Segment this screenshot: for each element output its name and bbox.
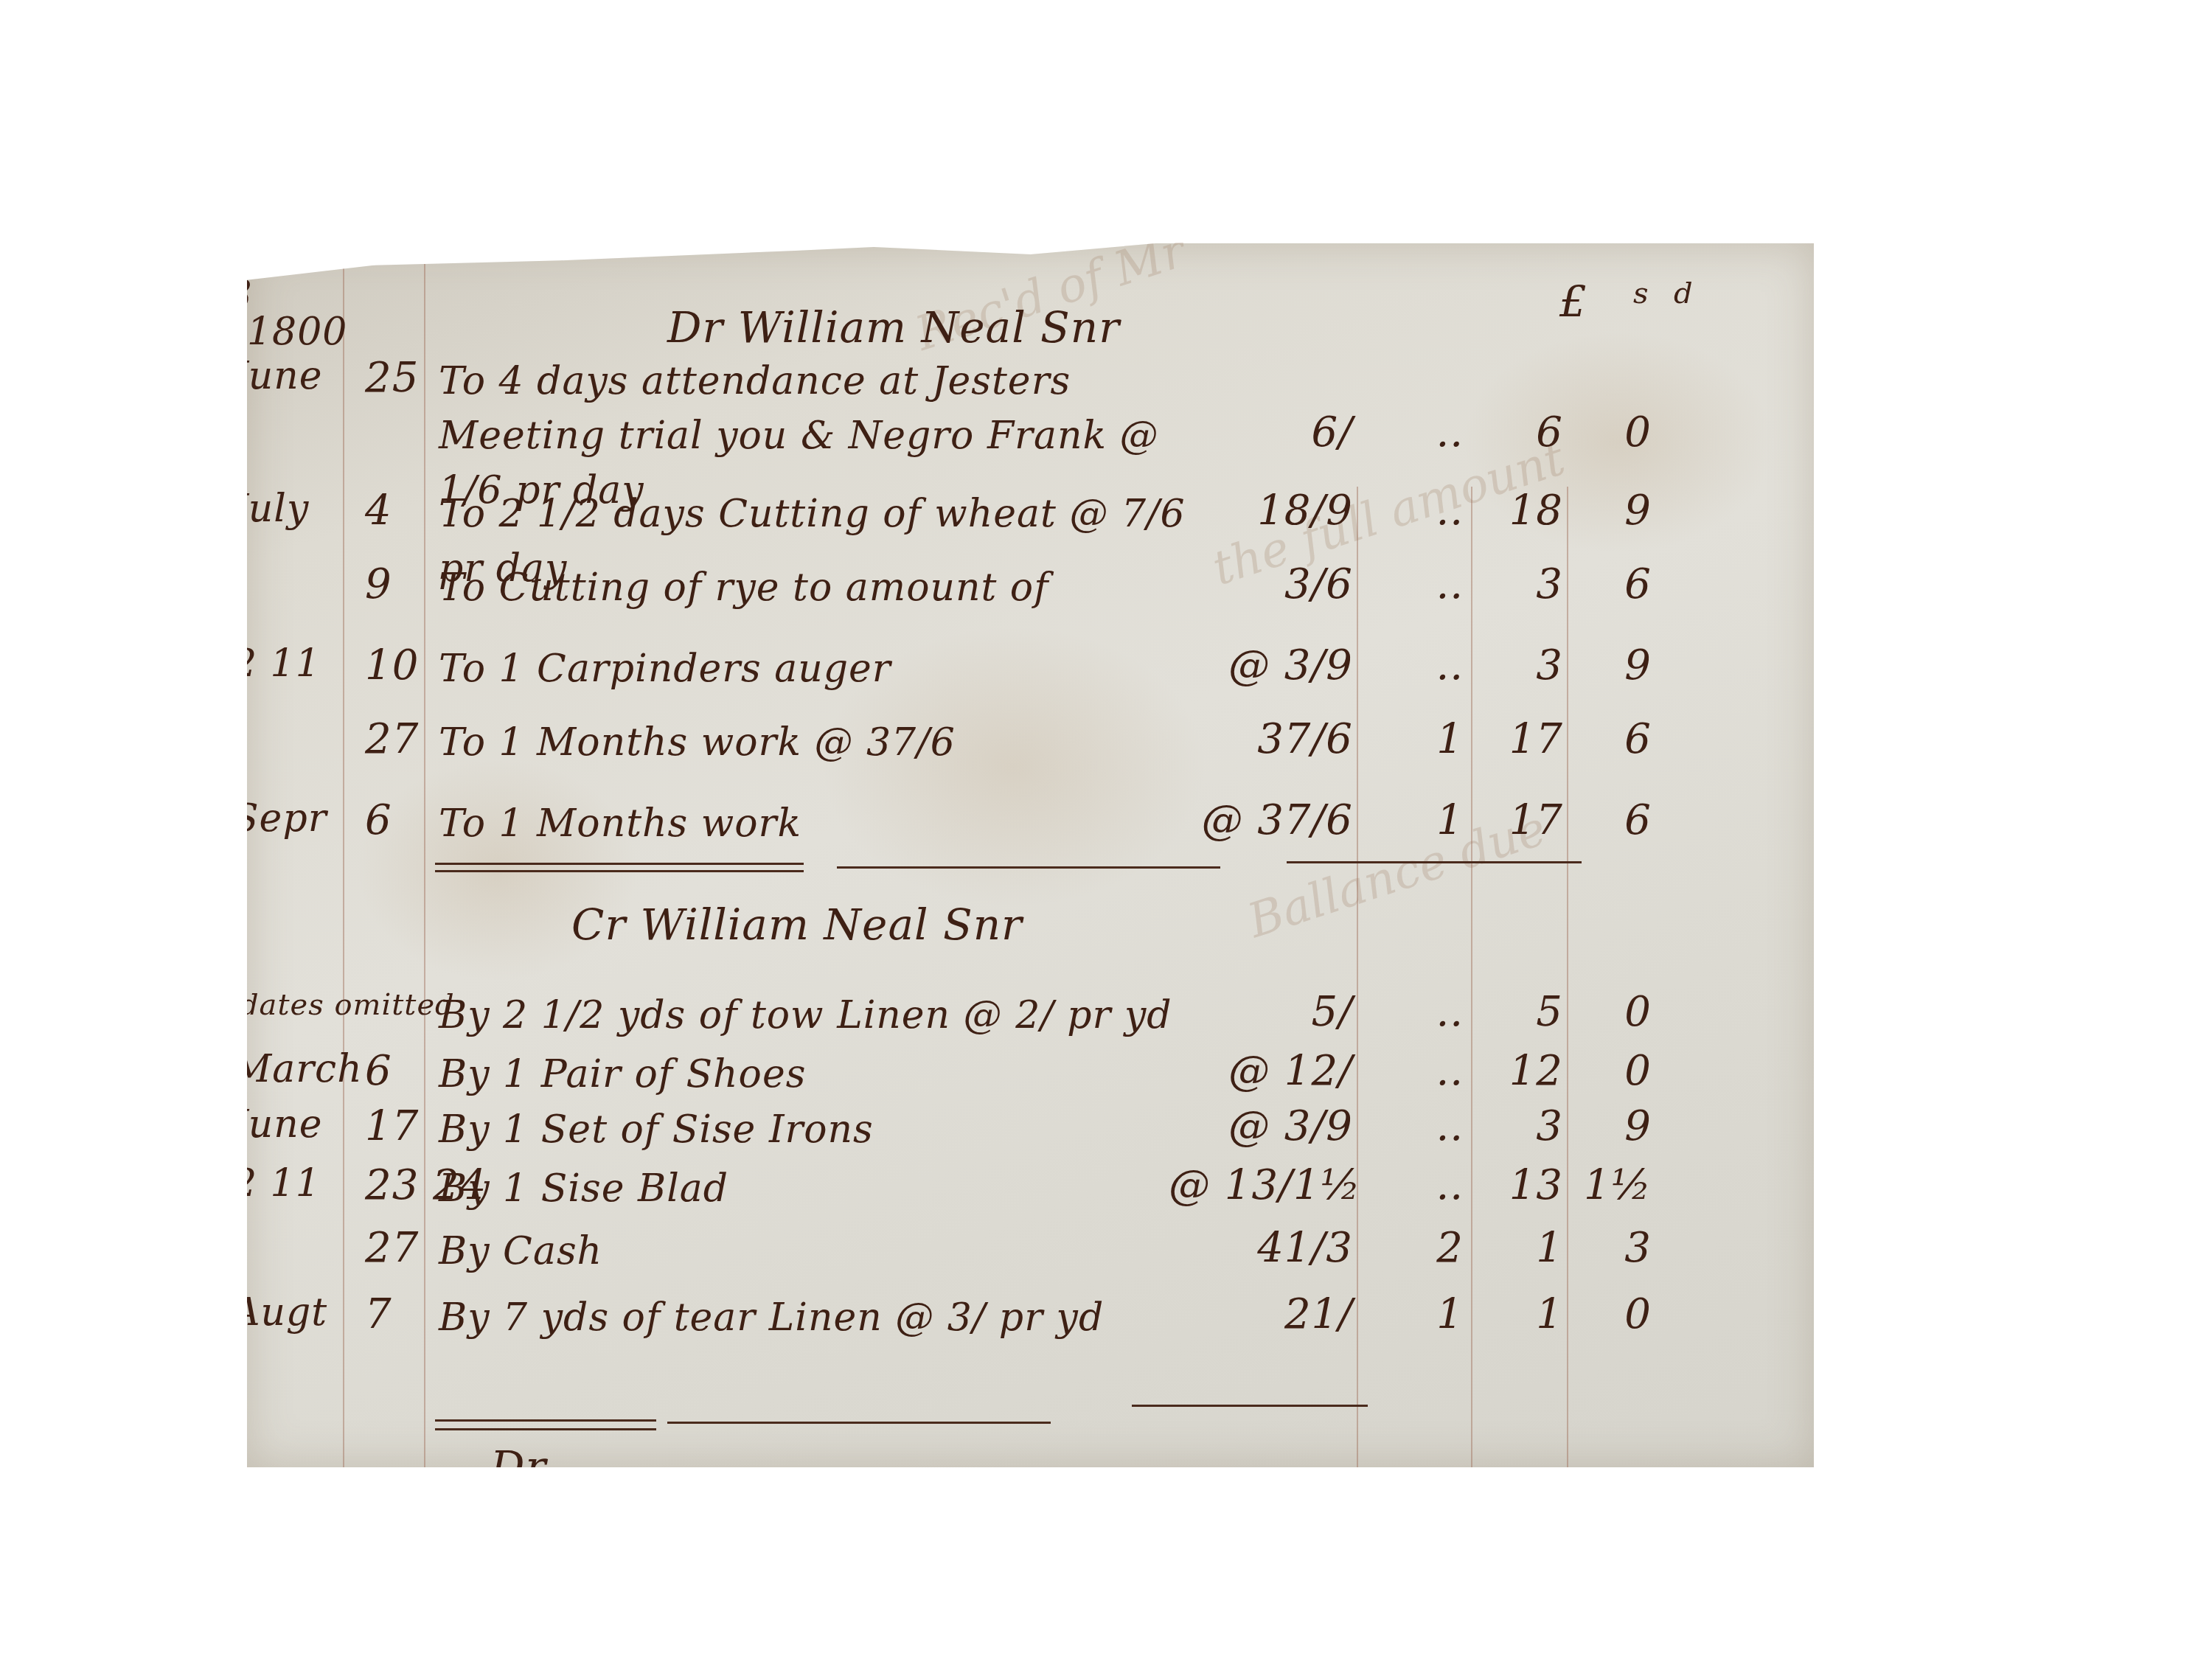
debit-rate: 37/6 bbox=[1169, 715, 1353, 763]
debit-pence: 0 bbox=[1571, 408, 1652, 456]
debit-pounds: 1 bbox=[1360, 796, 1464, 844]
credit-shillings: 1 bbox=[1475, 1224, 1563, 1272]
rule-pence bbox=[1567, 487, 1568, 1467]
corner-note: 23 bbox=[203, 273, 253, 317]
credit-rate: 5/ bbox=[1169, 988, 1353, 1036]
debit-pounds: .. bbox=[1360, 487, 1464, 535]
debit-pounds: .. bbox=[1360, 560, 1464, 608]
credit-pence: 9 bbox=[1571, 1102, 1652, 1150]
debit-description: To Cutting of rye to amount of bbox=[439, 560, 1220, 615]
credit-month: March bbox=[232, 1047, 363, 1091]
credit-pounds: .. bbox=[1360, 1102, 1464, 1150]
section-rule bbox=[1287, 861, 1582, 863]
section-rule bbox=[435, 1419, 656, 1422]
credit-shillings: 13 bbox=[1475, 1161, 1563, 1209]
debit-shillings: 17 bbox=[1475, 796, 1563, 844]
credit-day: 7 bbox=[365, 1290, 392, 1338]
debit-pounds: 1 bbox=[1360, 715, 1464, 763]
credit-description: By 7 yds of tear Linen @ 3/ pr yd bbox=[439, 1290, 1220, 1345]
debit-pence: 9 bbox=[1571, 641, 1652, 689]
credit-shillings: 5 bbox=[1475, 988, 1563, 1036]
rule-date bbox=[424, 258, 425, 1467]
credit-day: 27 bbox=[365, 1224, 419, 1272]
section-rule bbox=[435, 1428, 656, 1430]
credit-description: By 2 1/2 yds of tow Linen @ 2/ pr yd bbox=[439, 988, 1220, 1043]
debit-pence: 6 bbox=[1571, 796, 1652, 844]
debit-pence: 6 bbox=[1571, 715, 1652, 763]
debit-rate: 3/6 bbox=[1169, 560, 1353, 608]
debit-pounds: .. bbox=[1360, 641, 1464, 689]
debit-description: To 1 Carpinders auger bbox=[439, 641, 1220, 696]
debit-day: 27 bbox=[365, 715, 419, 763]
credit-heading: Cr William Neal Snr bbox=[571, 900, 1023, 950]
credit-day: 17 bbox=[365, 1102, 419, 1150]
credit-shillings: 12 bbox=[1475, 1047, 1563, 1095]
credit-pounds: 1 bbox=[1360, 1290, 1464, 1338]
debit-rate: @ 3/9 bbox=[1169, 641, 1353, 689]
debit-shillings: 6 bbox=[1475, 408, 1563, 456]
credit-description: By Cash bbox=[439, 1224, 1220, 1279]
debit-description: To 1 Months work @ 37/6 bbox=[439, 715, 1220, 770]
debit-day: 9 bbox=[365, 560, 392, 608]
debit-day: 10 bbox=[365, 641, 419, 689]
credit-pounds: .. bbox=[1360, 1047, 1464, 1095]
debit-shillings: 17 bbox=[1475, 715, 1563, 763]
credit-rate: 41/3 bbox=[1169, 1224, 1353, 1272]
debit-shillings: 3 bbox=[1475, 641, 1563, 689]
credit-pounds: .. bbox=[1360, 988, 1464, 1036]
credit-rate: @ 13/1½ bbox=[1169, 1161, 1353, 1209]
credit-month: June bbox=[232, 1102, 323, 1147]
section-rule bbox=[435, 870, 804, 872]
year: 1800 bbox=[247, 310, 347, 354]
pound-header: £ bbox=[1559, 276, 1587, 327]
debit-shillings: 3 bbox=[1475, 560, 1563, 608]
credit-month: 2 11 bbox=[232, 1161, 321, 1206]
debit-pence: 6 bbox=[1571, 560, 1652, 608]
debit-month: 2 11 bbox=[232, 641, 321, 686]
credit-day: 6 bbox=[365, 1047, 392, 1095]
credit-pounds: 2 bbox=[1360, 1224, 1464, 1272]
debit-pence: 9 bbox=[1571, 487, 1652, 535]
pence-header: d bbox=[1674, 276, 1694, 310]
credit-rate: @ 3/9 bbox=[1169, 1102, 1353, 1150]
debit-rate: @ 37/6 bbox=[1169, 796, 1353, 844]
credit-shillings: 3 bbox=[1475, 1102, 1563, 1150]
debit-shillings: 18 bbox=[1475, 487, 1563, 535]
credit-pounds: .. bbox=[1360, 1161, 1464, 1209]
credit-description: By 1 Pair of Shoes bbox=[439, 1047, 1220, 1102]
credit-pence: 0 bbox=[1571, 988, 1652, 1036]
shilling-header: s bbox=[1633, 276, 1649, 310]
credit-pence: 0 bbox=[1571, 1047, 1652, 1095]
rule-shillings bbox=[1471, 487, 1472, 1467]
credit-pence: 1½ bbox=[1571, 1161, 1652, 1209]
debit-description: To 1 Months work bbox=[439, 796, 1220, 851]
credit-pence: 3 bbox=[1571, 1224, 1652, 1272]
dates-omitted-note: dates omitted bbox=[240, 988, 455, 1022]
credit-pence: 0 bbox=[1571, 1290, 1652, 1338]
section-rule bbox=[837, 866, 1220, 869]
credit-description: By 1 Sise Blad bbox=[439, 1161, 1220, 1216]
debit-heading: Dr William Neal Snr bbox=[667, 302, 1120, 352]
section-rule bbox=[1132, 1405, 1368, 1407]
debit-month: July bbox=[232, 487, 309, 531]
section-rule bbox=[435, 863, 804, 865]
debit-day: 6 bbox=[365, 796, 392, 844]
credit-rate: 21/ bbox=[1169, 1290, 1353, 1338]
debit-rate: 18/9 bbox=[1169, 487, 1353, 535]
footer-partial: Dr ... bbox=[490, 1441, 604, 1492]
rule-margin bbox=[343, 258, 344, 1467]
debit-month: Sepr bbox=[232, 796, 327, 841]
debit-month: June bbox=[232, 354, 323, 398]
credit-rate: @ 12/ bbox=[1169, 1047, 1353, 1095]
debit-day: 25 bbox=[365, 354, 419, 402]
debit-rate: 6/ bbox=[1169, 408, 1353, 456]
debit-pounds: .. bbox=[1360, 408, 1464, 456]
credit-description: By 1 Set of Sise Irons bbox=[439, 1102, 1220, 1157]
debit-day: 4 bbox=[365, 487, 392, 535]
credit-shillings: 1 bbox=[1475, 1290, 1563, 1338]
ledger-page: Rec'd of Mr the full amount Ballance due… bbox=[247, 243, 1814, 1467]
section-rule bbox=[667, 1422, 1051, 1424]
credit-month: Augt bbox=[232, 1290, 327, 1335]
rule-pounds bbox=[1357, 487, 1358, 1467]
